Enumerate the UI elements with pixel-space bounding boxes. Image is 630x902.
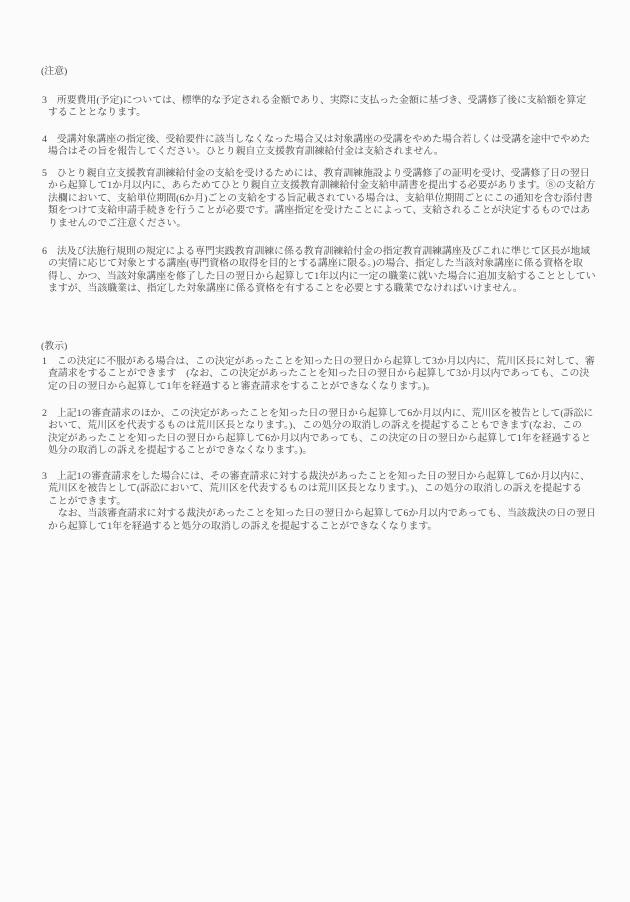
notice-item-3: 3 所要費用(予定)については、標準的な予定される金額であり、実際に支払った金額… [48, 95, 586, 120]
notice-section-heading: (注意) [41, 66, 67, 78]
teaching-item-1: 1 この決定に不服がある場合は、この決定があったことを知った日の翌日から起算して… [48, 356, 595, 393]
notice-item-4: 4 受講対象講座の指定後、受給要件に該当しなくなった場合又は対象講座の受講をやめ… [48, 134, 590, 159]
teaching-item-2: 2 上記1の審査請求のほか、この決定があったことを知った日の翌日から起算して6か… [48, 408, 593, 458]
notice-item-6: 6 法及び法施行規則の規定による専門実践教育訓練に係る教育訓練給付金の指定教育訓… [48, 246, 596, 296]
teaching-item-3: 3 上記1の審査請求をした場合には、その審査請求に対する裁決があったことを知った… [48, 471, 596, 533]
document-page: (注意) 3 所要費用(予定)については、標準的な予定される金額であり、実際に支… [0, 0, 630, 902]
notice-item-5: 5 ひとり親自立支援教育訓練給付金の支給を受けるためには、教育訓練施設より受講修… [48, 168, 595, 230]
teaching-section-heading: (教示) [41, 341, 67, 353]
